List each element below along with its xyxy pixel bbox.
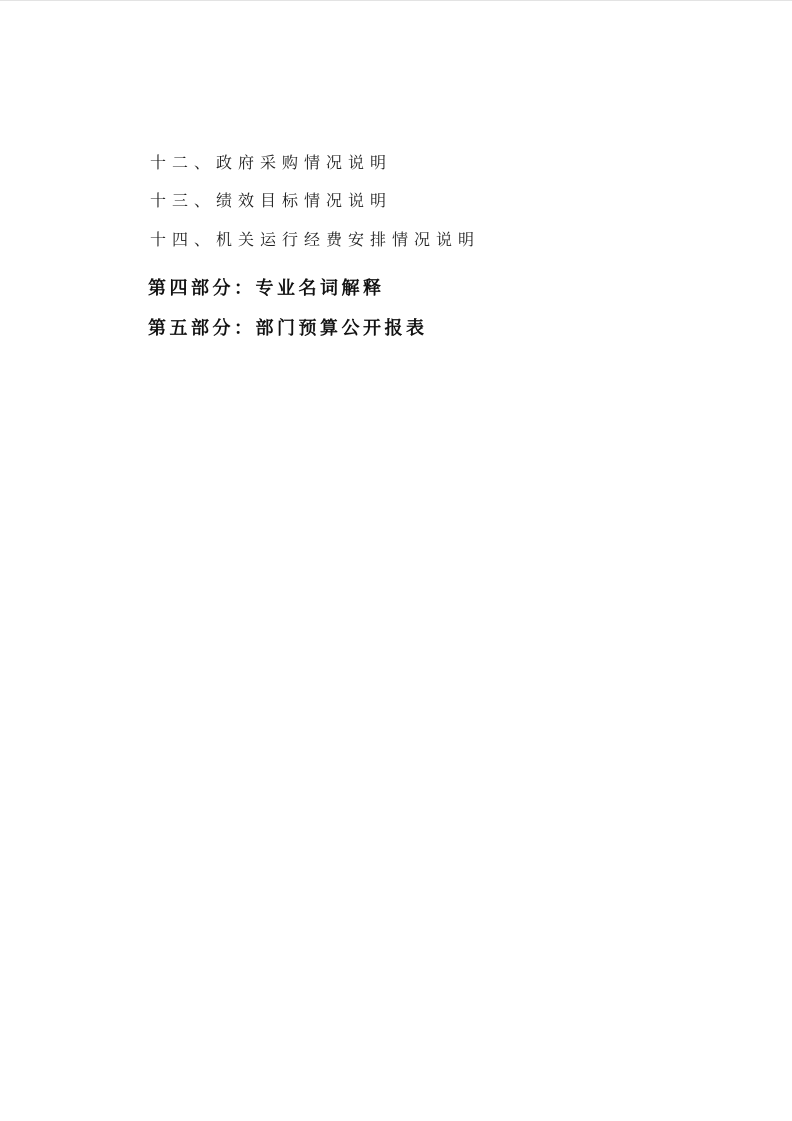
section-heading-part4: 第四部分：专业名词解释 xyxy=(148,276,385,300)
section-heading-part5: 第五部分：部门预算公开报表 xyxy=(148,316,428,340)
document-page: 十二、政府采购情况说明 十三、绩效目标情况说明 十四、机关运行经费安排情况说明 … xyxy=(0,0,792,1121)
toc-item-13: 十三、绩效目标情况说明 xyxy=(150,191,392,213)
toc-item-12: 十二、政府采购情况说明 xyxy=(150,153,392,175)
toc-item-14: 十四、机关运行经费安排情况说明 xyxy=(150,230,480,252)
page-top-edge xyxy=(0,0,792,1)
